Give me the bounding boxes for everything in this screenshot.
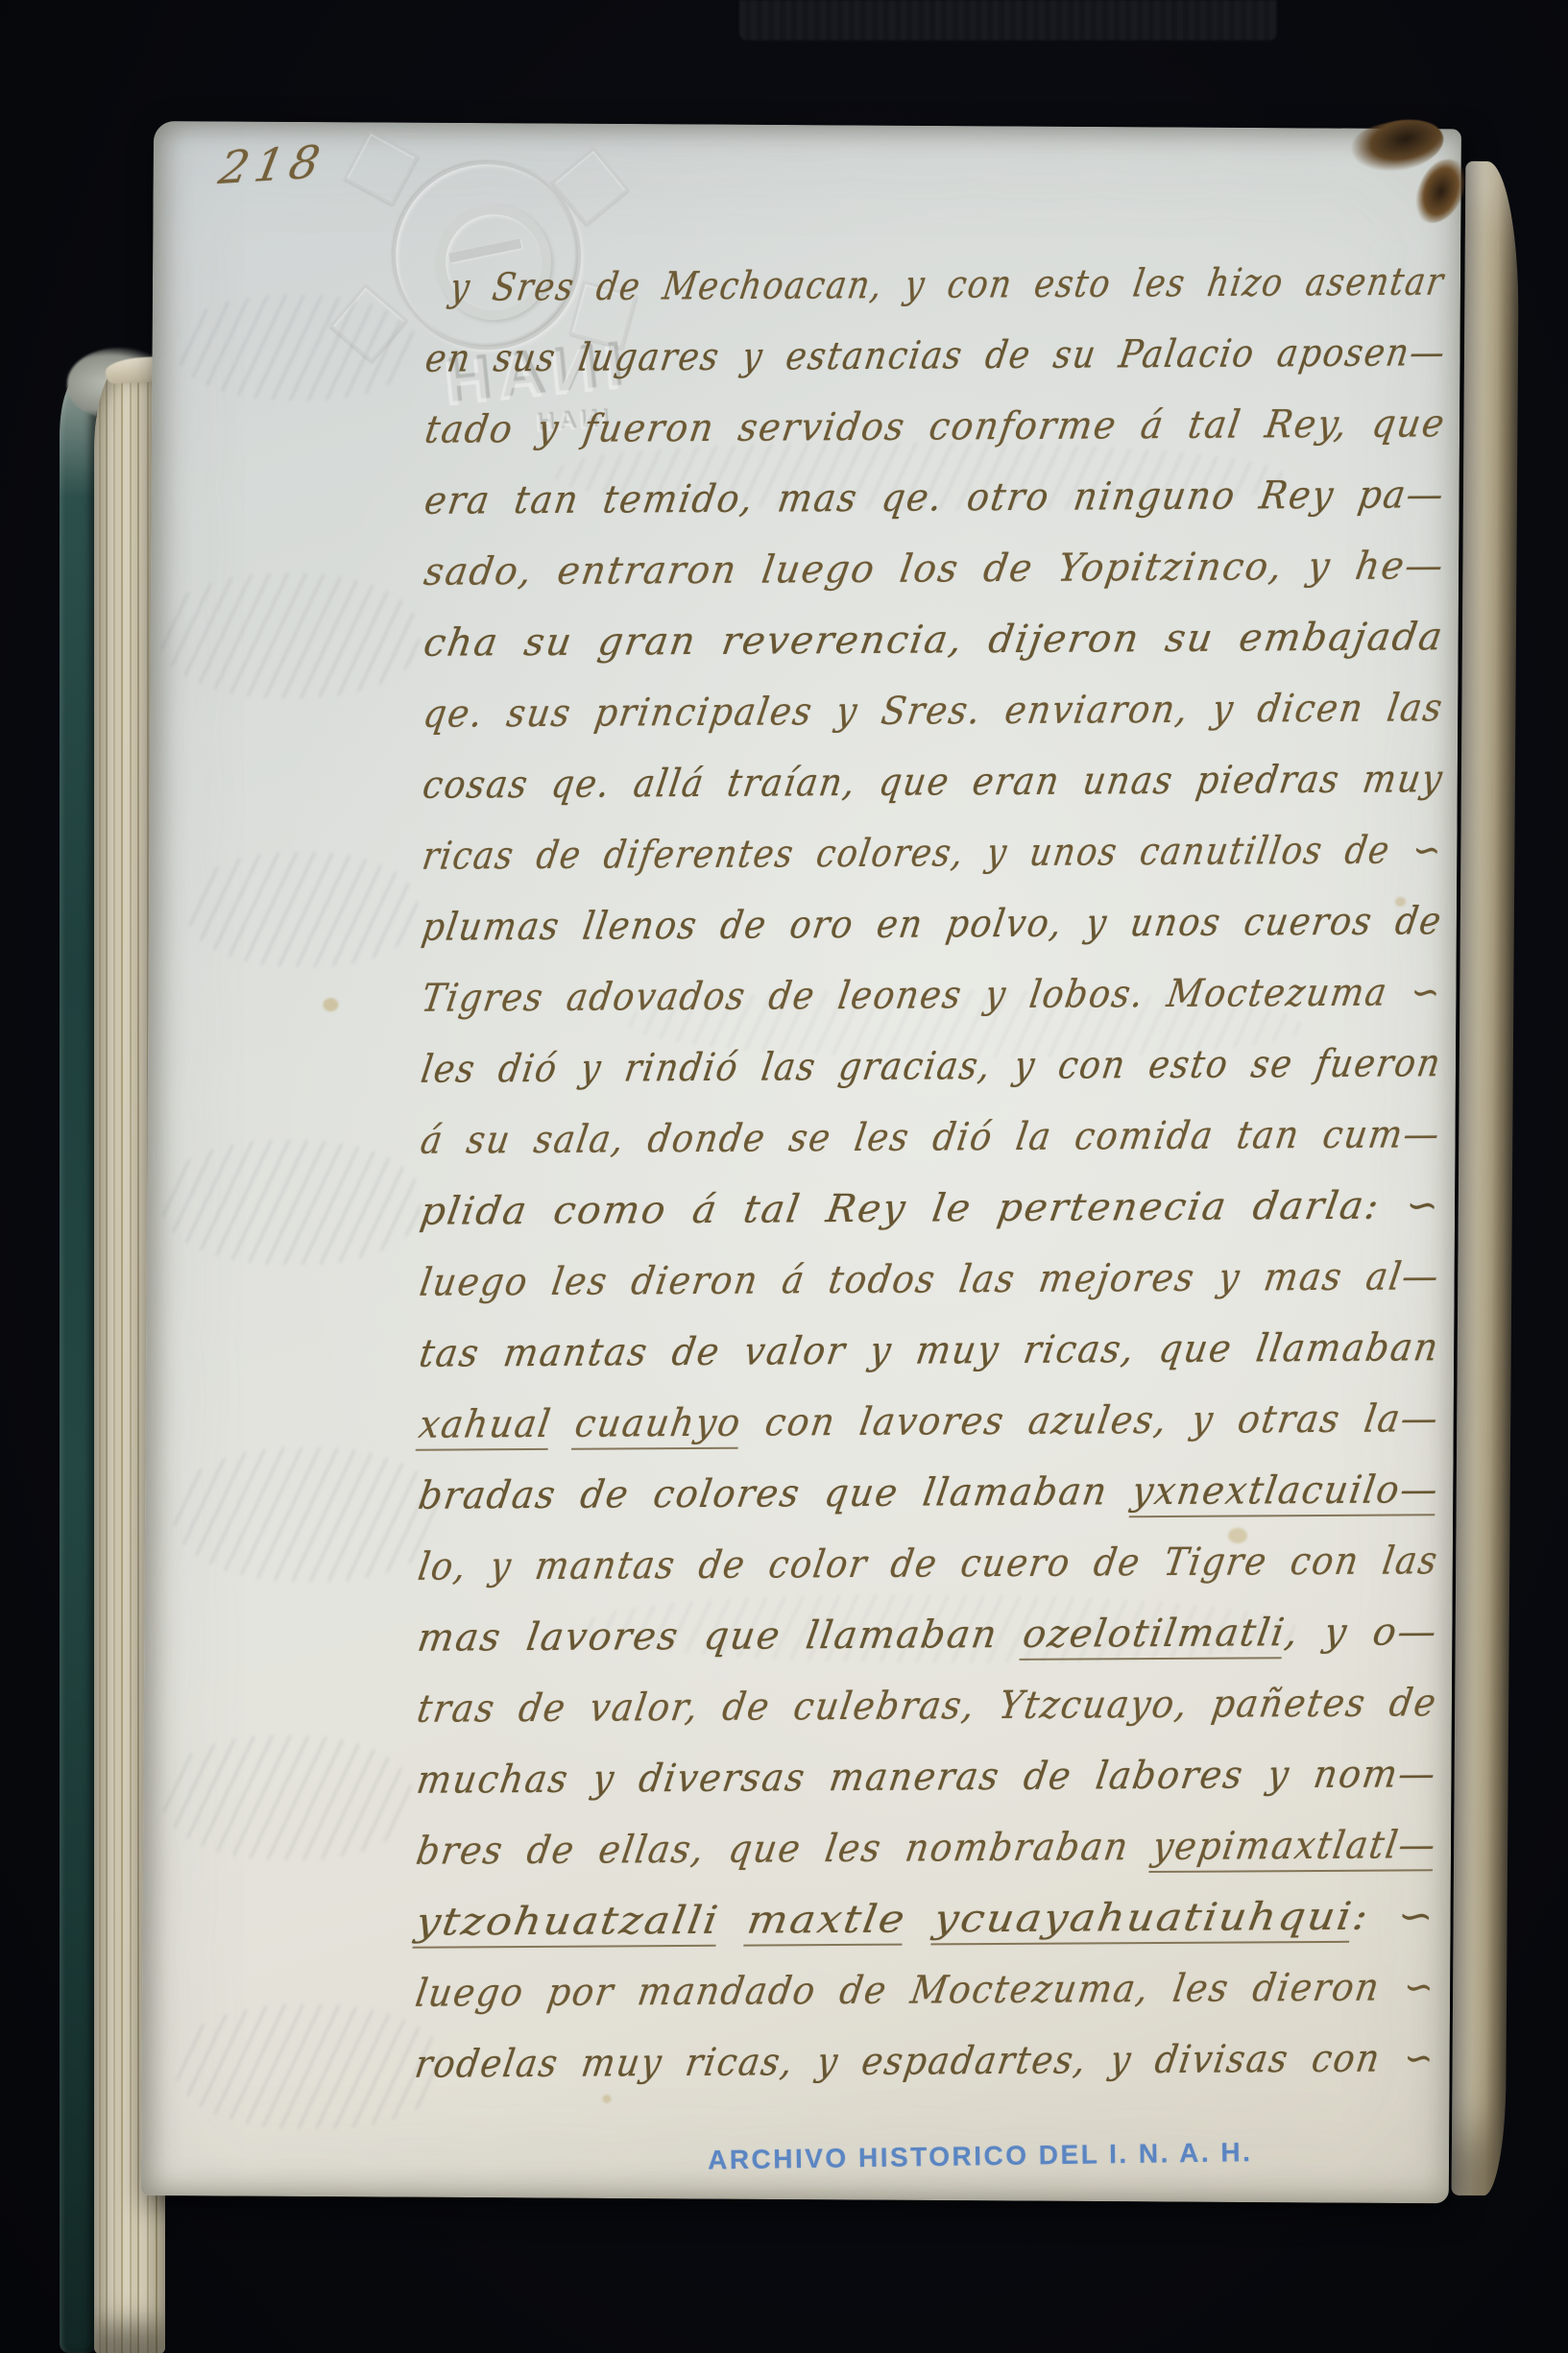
manuscript-line: y Sres de Mechoacan, y con esto les hizo… <box>446 255 1449 315</box>
manuscript-line-segment: sado, entraron luego los de Yopitzinco, … <box>422 544 1448 594</box>
manuscript-line: lo, y mantas de color de cuero de Tigre … <box>415 1534 1442 1594</box>
manuscript-line-segment: cuauhyo <box>571 1401 744 1450</box>
manuscript-line: plumas llenos de oro en polvo, y unos cu… <box>419 894 1446 955</box>
manuscript-line-segment: ycuayahuatiuhqui <box>930 1895 1356 1946</box>
manuscript-line-segment: tras de valor, de culebras, Ytzcuayo, pa… <box>414 1681 1440 1732</box>
show-through-artifact <box>187 851 419 967</box>
manuscript-line-segment: plida como á tal Rey le pertenecia darla… <box>418 1183 1444 1234</box>
manuscript-line-segment: : ∽ <box>1349 1894 1438 1939</box>
manuscript-line-segment: y Sres de Mechoacan, y con esto les hizo… <box>446 260 1447 310</box>
manuscript-line-segment: bres de ellas, que les nombraban <box>413 1825 1156 1874</box>
manuscript-line: á su sala, donde se les dió la comida ta… <box>417 1107 1444 1168</box>
manuscript-line-segment: xahual <box>416 1402 555 1451</box>
manuscript-text: y Sres de Mechoacan, y con esto les hizo… <box>154 121 1461 129</box>
archive-stamp: ARCHIVO HISTORICO DEL I. N. A. H. <box>708 2137 1253 2175</box>
manuscript-line-segment: yxnextlacuilo— <box>1128 1468 1442 1517</box>
foxing-spot <box>323 998 338 1011</box>
manuscript-line: cosas qe. allá traían, que eran unas pie… <box>420 752 1448 813</box>
manuscript-line-segment: cosas qe. allá traían, que eran unas pie… <box>420 757 1446 808</box>
manuscript-line-segment: muchas y diversas maneras de labores y n… <box>414 1752 1440 1803</box>
manuscript-line: tado y fueron servidos conforme á tal Re… <box>422 397 1450 457</box>
manuscript-line-segment: luego les dieron á todos las mejores y m… <box>417 1254 1443 1305</box>
manuscript-line: xahual cuauhyo con lavores azules, y otr… <box>415 1392 1442 1452</box>
manuscript-line: rodelas muy ricas, y espadartes, y divis… <box>411 2031 1438 2092</box>
show-through-artifact <box>159 572 420 699</box>
manuscript-line: luego les dieron á todos las mejores y m… <box>416 1249 1443 1310</box>
manuscript-line-segment: qe. sus principales y Sres. enviaron, y … <box>421 686 1447 737</box>
manuscript-line-segment: era tan temido, mas qe. otro ninguno Rey… <box>422 473 1448 523</box>
manuscript-line-segment: á su sala, donde se les dió la comida ta… <box>418 1112 1444 1163</box>
manuscript-line-segment: ytzohuatzalli <box>412 1899 722 1949</box>
show-through-artifact <box>162 1734 413 1861</box>
photo-background: 218 INAH INAH y Sres de Mechoacan, y con… <box>0 0 1568 2353</box>
manuscript-line: mas lavores que llamaban ozelotilmatli, … <box>414 1605 1441 1665</box>
manuscript-line-segment: Tigres adovados de leones y lobos. Mocte… <box>419 970 1445 1021</box>
manuscript-line-segment: con lavores azules, y otras la— <box>738 1396 1443 1444</box>
page-curl-right <box>1452 161 1520 2195</box>
manuscript-line: muchas y diversas maneras de labores y n… <box>413 1747 1440 1807</box>
manuscript-line-segment: ricas de diferentes colores, y unos canu… <box>420 828 1446 879</box>
manuscript-line: sado, entraron luego los de Yopitzinco, … <box>421 539 1449 599</box>
manuscript-line: tas mantas de valor y muy ricas, que lla… <box>416 1321 1443 1381</box>
foxing-spot <box>602 2095 611 2103</box>
manuscript-line-segment: mas lavores que llamaban <box>415 1613 1026 1661</box>
manuscript-line-segment: lo, y mantas de color de cuero de Tigre … <box>415 1539 1441 1589</box>
manuscript-line: tras de valor, de culebras, Ytzcuayo, pa… <box>414 1676 1441 1736</box>
manuscript-line-segment: maxtle <box>744 1898 910 1947</box>
manuscript-line: ricas de diferentes colores, y unos canu… <box>419 823 1447 884</box>
manuscript-line: en sus lugares y estancias de su Palacio… <box>422 326 1450 386</box>
manuscript-line: Tigres adovados de leones y lobos. Mocte… <box>418 965 1446 1026</box>
manuscript-line: luego por mandado de Moctezuma, les dier… <box>412 1960 1439 2021</box>
manuscript-line-segment: plumas llenos de oro en polvo, y unos cu… <box>419 899 1445 950</box>
background-cloth <box>739 0 1277 40</box>
manuscript-line-segment: ozelotilmatli <box>1020 1611 1290 1661</box>
show-through-artifact <box>174 1446 444 1583</box>
manuscript-line: bradas de colores que llamaban yxnextlac… <box>415 1463 1443 1523</box>
page-number: 218 <box>215 135 330 195</box>
show-through-artifact <box>161 1139 422 1266</box>
manuscript-line-segment: yepimaxtlatl— <box>1149 1823 1440 1873</box>
manuscript-line: plida como á tal Rey le pertenecia darla… <box>417 1178 1445 1239</box>
book-cover-edge <box>60 379 96 2353</box>
manuscript-line-segment: rodelas muy ricas, y espadartes, y divis… <box>412 2036 1438 2087</box>
manuscript-line-segment: en sus lugares y estancias de su Palacio… <box>422 330 1449 381</box>
manuscript-line-segment: tado y fueron servidos conforme á tal Re… <box>422 401 1449 452</box>
manuscript-line: bres de ellas, que les nombraban yepimax… <box>413 1818 1441 1879</box>
manuscript-line: les dió y rindió las gracias, y con esto… <box>418 1036 1446 1097</box>
manuscript-line-segment: , y o— <box>1282 1610 1441 1655</box>
manuscript-line-segment: tas mantas de valor y muy ricas, que lla… <box>417 1325 1443 1376</box>
manuscript-page: 218 INAH INAH y Sres de Mechoacan, y con… <box>141 121 1461 2203</box>
manuscript-line: ytzohuatzalli maxtle ycuayahuatiuhqui: ∽ <box>412 1889 1439 1950</box>
seal-ray <box>343 130 419 206</box>
manuscript-line-segment: cha su gran reverencia, dijeron su embaj… <box>421 615 1447 666</box>
manuscript-line-segment: les dió y rindió las gracias, y con esto… <box>418 1041 1444 1092</box>
manuscript-line: era tan temido, mas qe. otro ninguno Rey… <box>421 468 1448 528</box>
manuscript-line-segment: bradas de colores que llamaban <box>416 1469 1136 1518</box>
manuscript-line-segment: luego por mandado de Moctezuma, les dier… <box>413 1965 1439 2016</box>
manuscript-line: qe. sus principales y Sres. enviaron, y … <box>420 681 1447 741</box>
show-through-artifact <box>175 2003 445 2130</box>
manuscript-line: cha su gran reverencia, dijeron su embaj… <box>420 610 1447 670</box>
